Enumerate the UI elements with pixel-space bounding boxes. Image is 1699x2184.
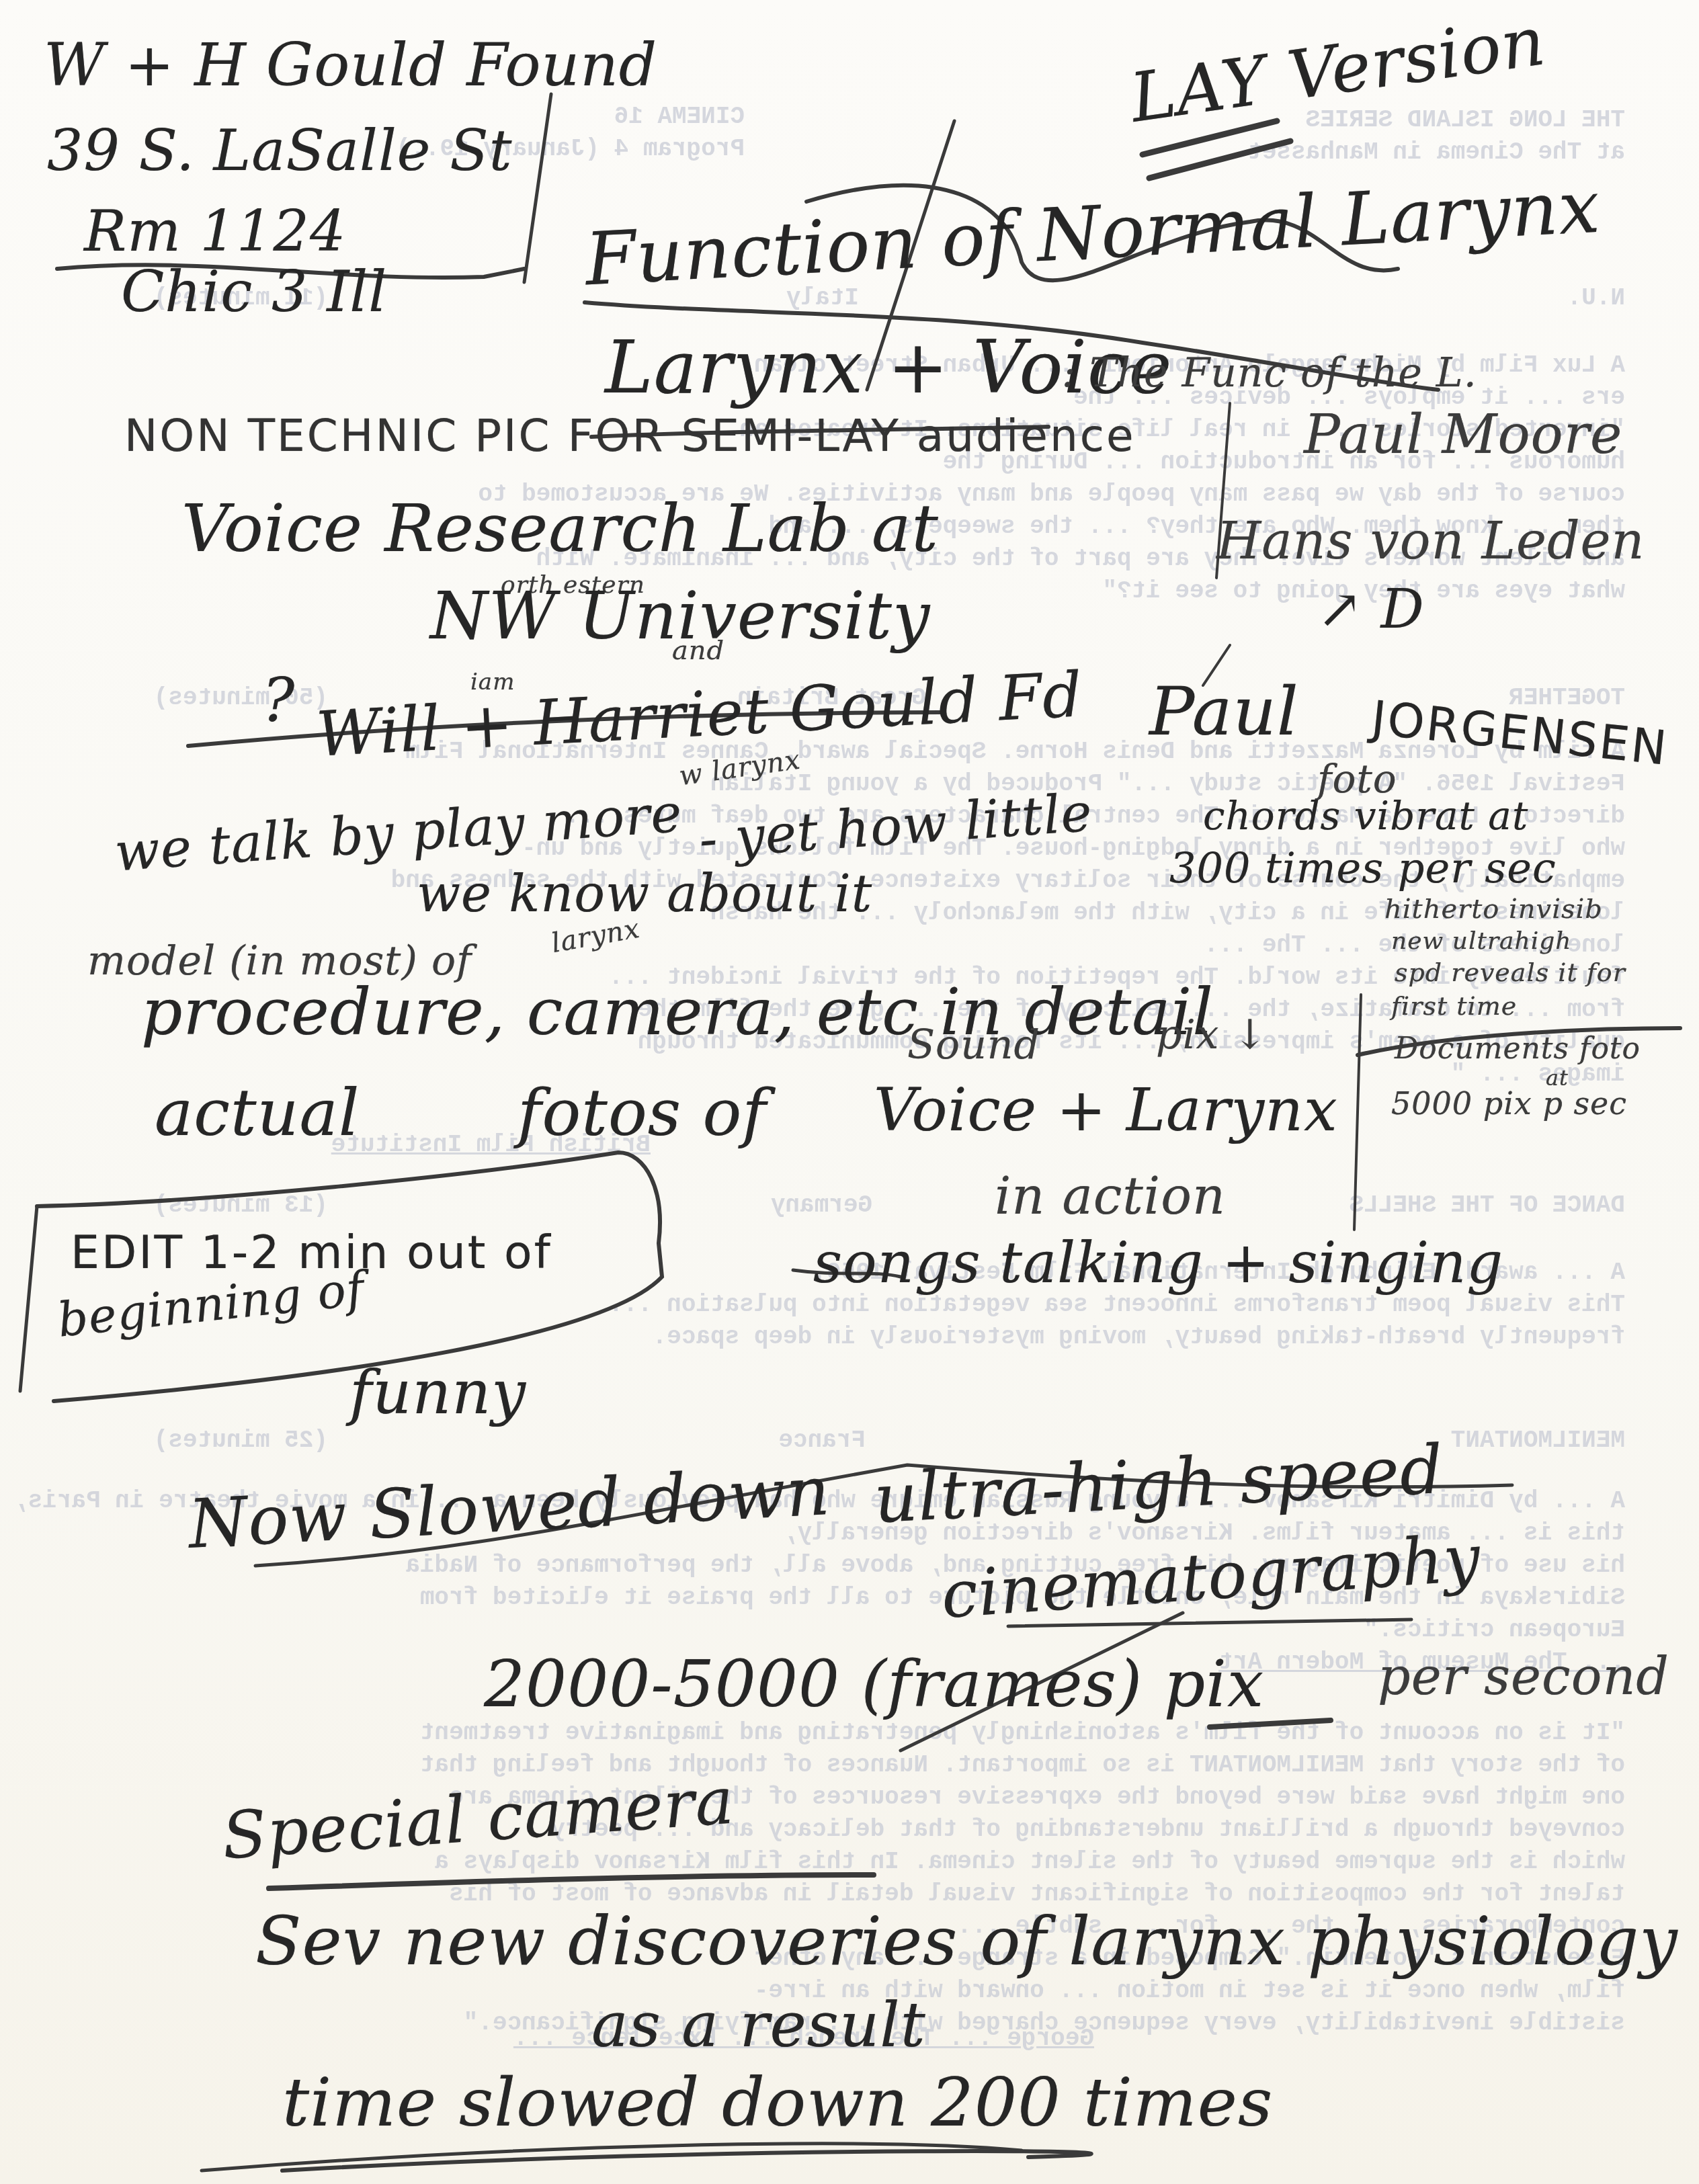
note-new-ultra: new ultrahigh — [1391, 927, 1572, 955]
section-menil-duration: (25 minutes) — [154, 1425, 328, 1457]
note-non-technic: NON TECHNIC PIC FOR SEMI-LAY audience — [124, 410, 1136, 462]
note-as-a-result: as a result — [591, 1989, 926, 2061]
note-300-times: 300 times per sec — [1169, 843, 1557, 892]
note-arrow-d: ↗ D — [1317, 578, 1425, 640]
section-menilmontant: MENILMONTANT — [1451, 1425, 1625, 1457]
section-together-duration: (50 minutes) — [154, 682, 328, 714]
section-dance: DANCE OF THE SHELLS — [1350, 1189, 1625, 1222]
scanned-page: THE LONG ISLAND SERIESat The Cinema in M… — [0, 0, 1699, 2184]
note-hans-von-leden: Hans von Leden — [1216, 511, 1645, 571]
note-we-know: we know about it — [417, 864, 872, 923]
note-address-line1: W + H Gould Found — [44, 30, 657, 99]
note-per-second: per second — [1378, 1646, 1669, 1706]
note-time-slowed: time slowed down 200 times — [282, 2063, 1273, 2142]
note-address-line4: Chic 3 Ill — [121, 259, 387, 325]
note-procedure: procedure, camera, etc in detail — [141, 974, 1214, 1050]
note-documents: Documents foto — [1395, 1032, 1641, 1066]
note-paul-moore: Paul Moore — [1304, 403, 1622, 466]
section-dance-country: Germany — [771, 1189, 872, 1222]
note-first-time: first time — [1391, 991, 1517, 1021]
note-5000-pix: 5000 pix p sec — [1391, 1085, 1627, 1122]
note-2000-5000: 2000-5000 (frames) pix — [484, 1646, 1264, 1722]
note-address-line2: 39 S. LaSalle St — [47, 118, 512, 183]
note-subtitle-aside: : The Func of the L. — [1062, 349, 1477, 396]
note-voice-larynx: Voice + Larynx — [874, 1075, 1338, 1144]
note-paul: Paul — [1149, 672, 1299, 751]
note-pix-insert: pix ↓ — [1156, 1011, 1268, 1058]
note-voice-lab: Voice Research Lab at — [181, 491, 939, 567]
note-sound-insert: Sound — [907, 1021, 1040, 1068]
note-funny: funny — [349, 1357, 526, 1428]
note-and-insert: and — [672, 635, 724, 666]
note-address-line3: Rm 1124 — [84, 198, 346, 264]
note-sp-reveals: spd reveals it for — [1395, 958, 1626, 987]
note-fotos-of: fotos of — [517, 1075, 767, 1150]
note-actual: actual — [155, 1075, 360, 1150]
note-chords: chords vibrat at — [1203, 793, 1528, 839]
section-nu: N.U. — [1567, 282, 1625, 314]
note-hitherto: hitherto invisib — [1384, 894, 1603, 925]
section-dance-duration: (13 minutes) — [154, 1189, 328, 1222]
note-question-mark: ? — [262, 665, 295, 736]
note-in-action: in action — [995, 1166, 1226, 1226]
note-several-new: Sev new discoveries of larynx physiology — [255, 1902, 1678, 1980]
note-songs-talking-singing: songs talking + singing — [813, 1230, 1503, 1296]
